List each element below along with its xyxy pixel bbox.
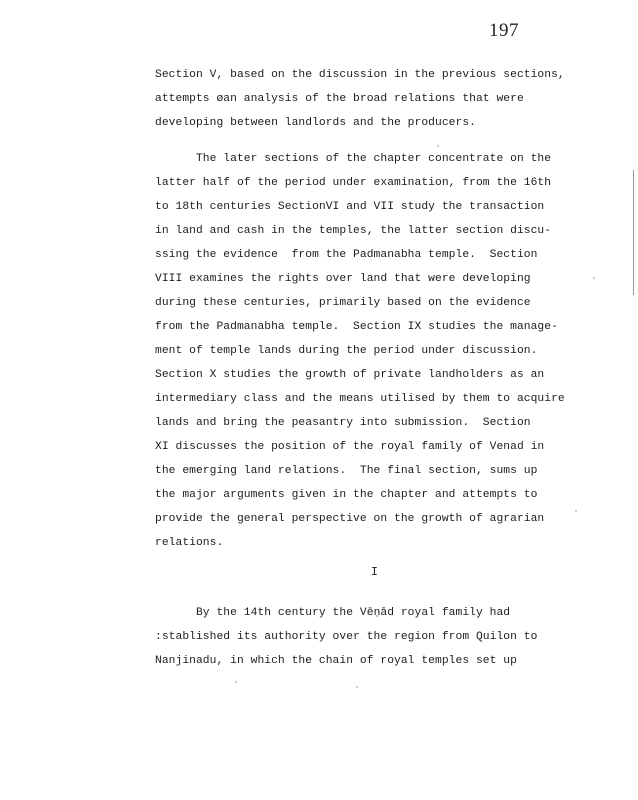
paragraph-2-line-2: latter half of the period under examinat… [155,176,551,190]
paragraph-2-line-17: relations. [155,536,223,550]
paragraph-1-line-1: Section V, based on the discussion in th… [155,68,565,82]
paragraph-3-line-3: Nanjinadu, in which the chain of royal t… [155,654,517,668]
paragraph-2-line-14: the emerging land relations. The final s… [155,464,537,478]
paragraph-2-line-8: from the Padmanabha temple. Section IX s… [155,320,558,334]
paragraph-1-line-2: attempts øan analysis of the broad relat… [155,92,524,106]
paragraph-2-line-4: in land and cash in the temples, the lat… [155,224,551,238]
page-number: 197 [489,20,519,42]
paragraph-2-line-10: Section X studies the growth of private … [155,368,544,382]
paragraph-2-line-11: intermediary class and the means utilise… [155,392,565,406]
paragraph-2-line-6: VIII examines the rights over land that … [155,272,531,286]
paragraph-2-line-13: XI discusses the position of the royal f… [155,440,544,454]
scan-speck [235,681,237,683]
paragraph-3-line-1: By the 14th century the Vēṇād royal fami… [155,606,510,620]
paragraph-2-line-9: ment of temple lands during the period u… [155,344,537,358]
paragraph-1-line-3: developing between landlords and the pro… [155,116,476,130]
paragraph-2-line-3: to 18th centuries SectionVI and VII stud… [155,200,544,214]
paragraph-2-line-15: the major arguments given in the chapter… [155,488,537,502]
paragraph-2-line-7: during these centuries, primarily based … [155,296,531,310]
scan-speck [437,145,439,147]
paragraph-2-line-12: lands and bring the peasantry into submi… [155,416,531,430]
paragraph-2-line-5: ssing the evidence from the Padmanabha t… [155,248,537,262]
paragraph-2-line-16: provide the general perspective on the g… [155,512,544,526]
scan-speck [575,510,577,512]
section-heading: I [371,566,378,580]
scan-speck [593,277,595,279]
paragraph-2-line-1: The later sections of the chapter concen… [155,152,551,166]
scan-margin-line [633,170,634,295]
paragraph-3-line-2: :stablished its authority over the regio… [155,630,537,644]
scan-speck [356,686,358,688]
